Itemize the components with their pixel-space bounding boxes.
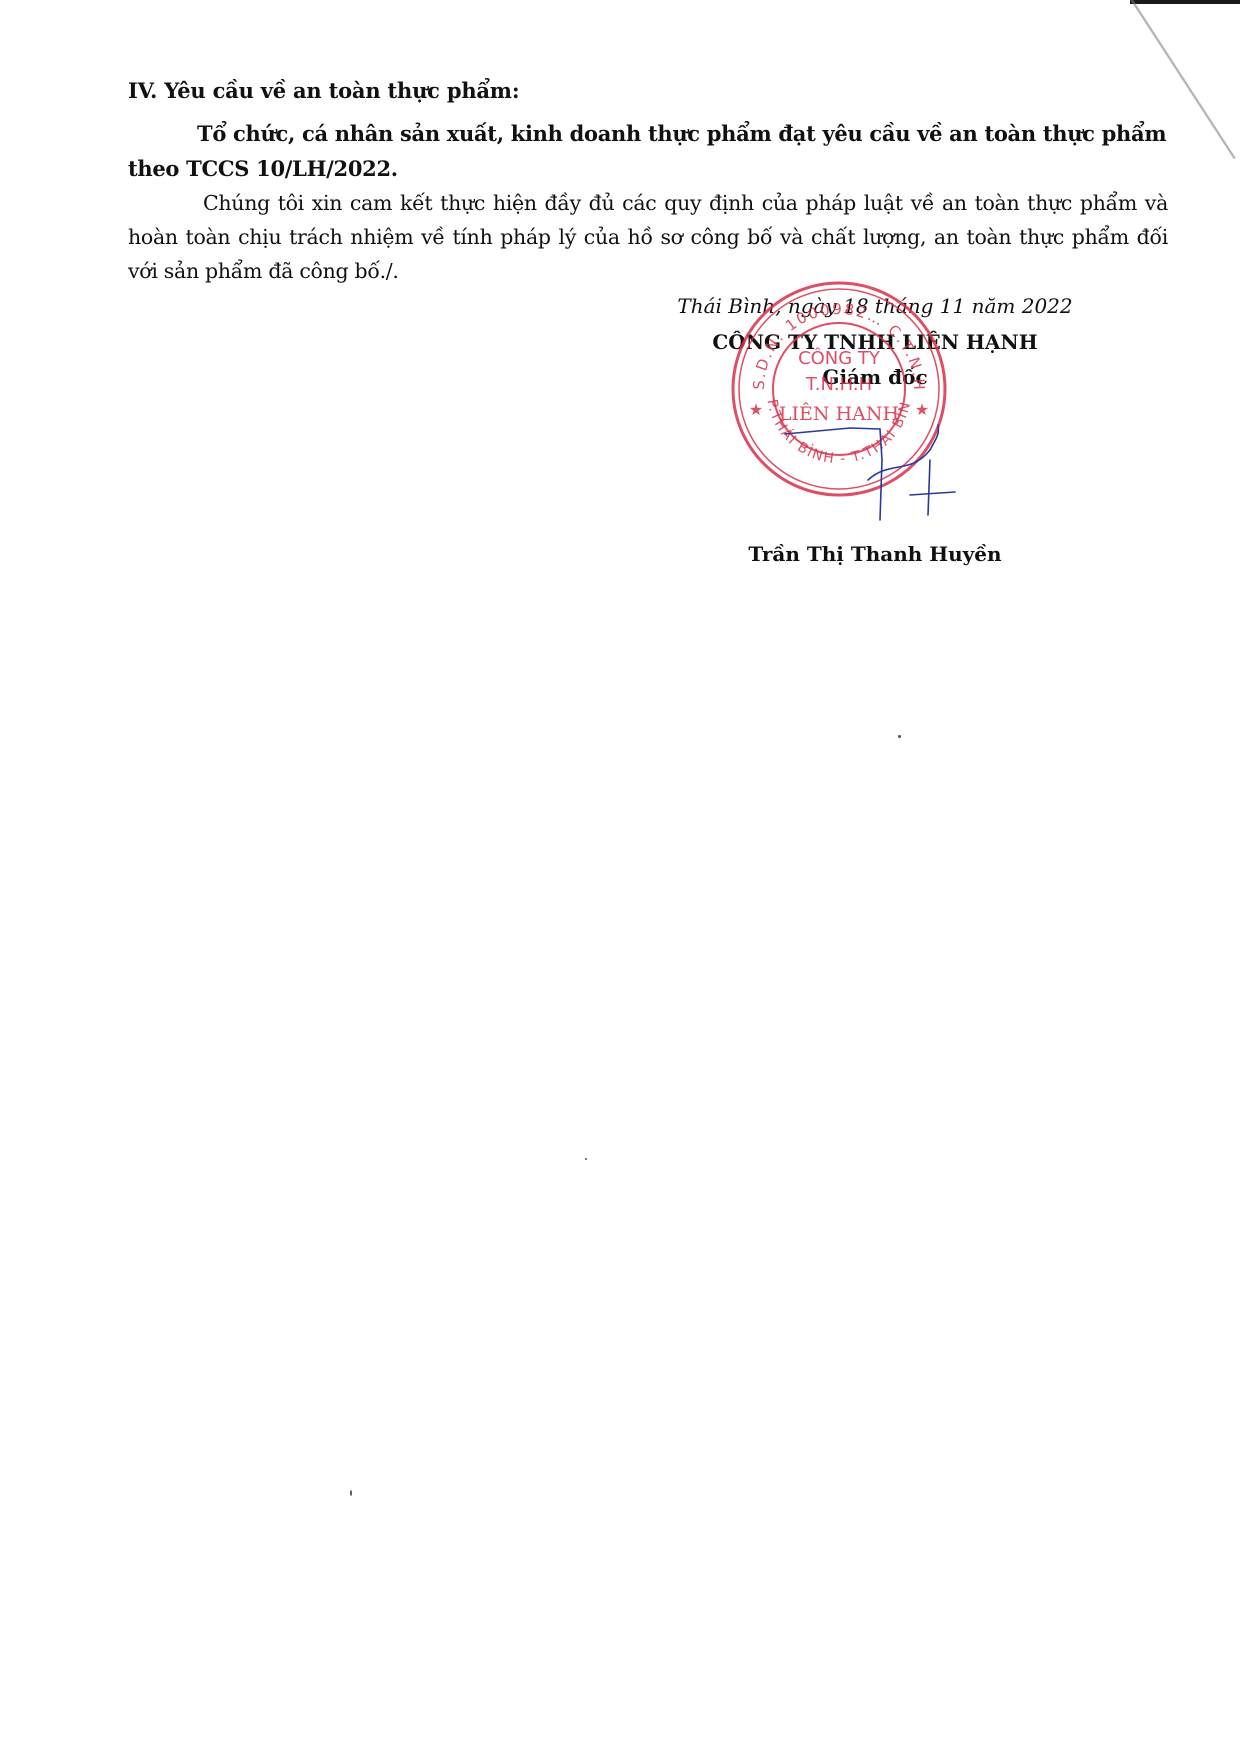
svg-text:T.N.H.H: T.N.H.H bbox=[805, 374, 872, 395]
svg-text:CÔNG TY: CÔNG TY bbox=[798, 347, 881, 369]
scan-speck bbox=[350, 1490, 352, 1496]
requirement-paragraph: Tổ chức, cá nhân sản xuất, kinh doanh th… bbox=[128, 116, 1168, 186]
section-heading: IV. Yêu cầu về an toàn thực phẩm: bbox=[128, 78, 1168, 103]
svg-text:★: ★ bbox=[749, 400, 763, 419]
scan-speck bbox=[585, 1158, 587, 1160]
signer-name: Trần Thị Thanh Huyền bbox=[640, 542, 1110, 566]
scan-corner-edge bbox=[1130, 0, 1240, 4]
commitment-paragraph: Chúng tôi xin cam kết thực hiện đầy đủ c… bbox=[128, 186, 1168, 288]
svg-text:★: ★ bbox=[915, 400, 929, 419]
handwritten-signature bbox=[780, 420, 960, 530]
scan-speck bbox=[898, 735, 901, 738]
